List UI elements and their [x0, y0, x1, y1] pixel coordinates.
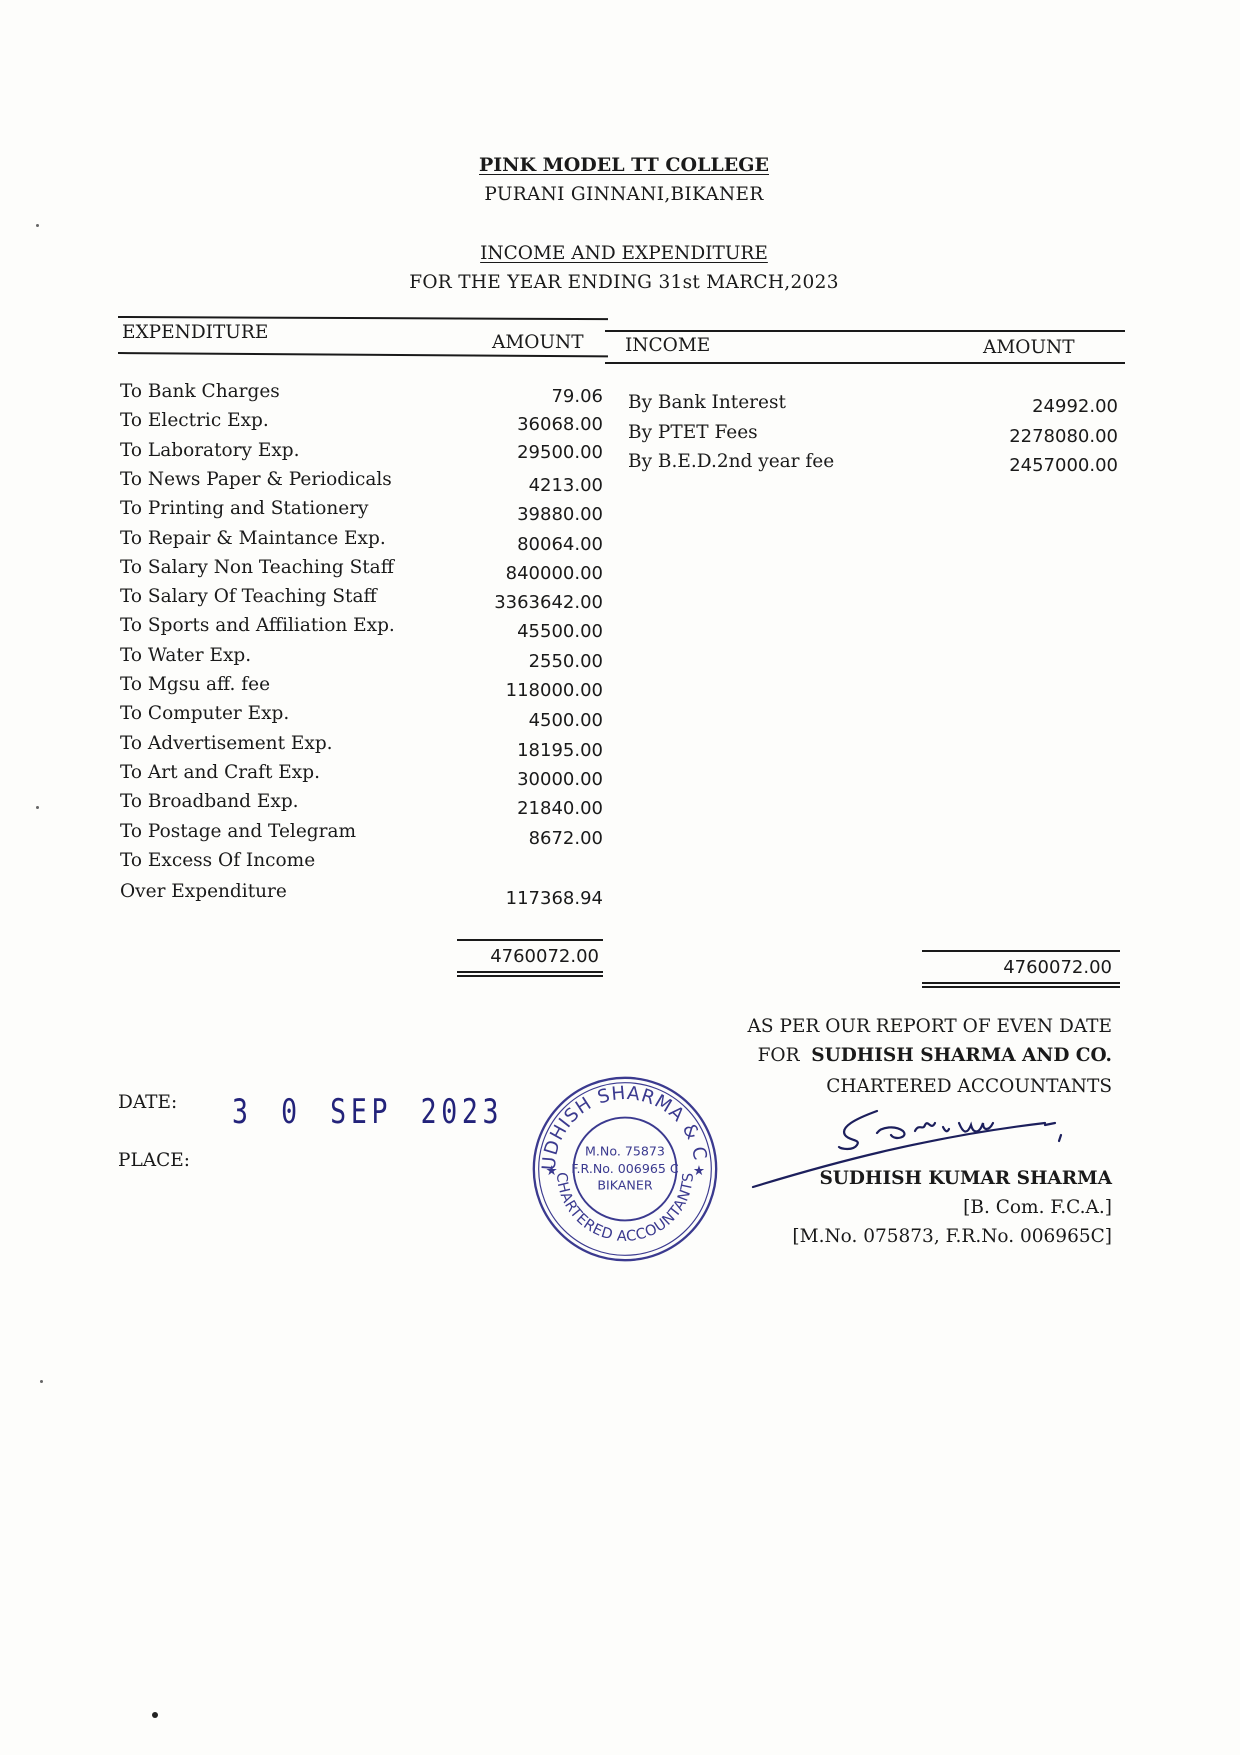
income-row-label: By B.E.D.2nd year fee	[628, 451, 834, 472]
signatory-qualification: [B. Com. F.C.A.]	[963, 1197, 1112, 1218]
expenditure-row-amount: 21840.00	[403, 798, 603, 819]
expenditure-row-label: To Sports and Affiliation Exp.	[120, 615, 395, 636]
income-row-amount: 2278080.00	[918, 426, 1118, 447]
expenditure-row-label: To News Paper & Periodicals	[120, 469, 392, 490]
svg-text:★: ★	[545, 1163, 557, 1179]
ca-seal-icon: SUDHISH SHARMA & CO. CHARTERED ACCOUNTAN…	[528, 1072, 722, 1266]
expenditure-row-amount: 39880.00	[403, 504, 603, 525]
statement-period: FOR THE YEAR ENDING 31st MARCH,2023	[0, 272, 1240, 293]
expenditure-row-amount: 45500.00	[403, 621, 603, 642]
col-header-expenditure: EXPENDITURE	[122, 322, 268, 343]
table-top-rule	[118, 316, 608, 320]
date-stamp: 3 0 SEP 2023	[232, 1092, 503, 1132]
expenditure-row-amount: 4213.00	[403, 475, 603, 496]
total-double-rule	[922, 982, 1120, 988]
report-line: AS PER OUR REPORT OF EVEN DATE	[748, 1016, 1112, 1037]
firm-type: CHARTERED ACCOUNTANTS	[826, 1076, 1112, 1097]
expenditure-row-label: To Mgsu aff. fee	[120, 674, 270, 695]
scan-speck	[40, 1380, 43, 1383]
expenditure-row-label: To Advertisement Exp.	[120, 733, 333, 754]
expenditure-row-label: To Excess Of Income	[120, 850, 315, 871]
scan-speck	[152, 1712, 158, 1718]
expenditure-row-label: To Salary Of Teaching Staff	[120, 586, 377, 607]
expenditure-row-label: To Electric Exp.	[120, 410, 269, 431]
expenditure-row-label: To Art and Craft Exp.	[120, 762, 320, 783]
col-header-exp-amount: AMOUNT	[492, 332, 584, 353]
svg-text:BIKANER: BIKANER	[597, 1177, 652, 1192]
col-header-income: INCOME	[625, 335, 710, 356]
total-double-rule	[457, 971, 603, 977]
expenditure-total: 4760072.00	[457, 941, 603, 971]
college-address: PURANI GINNANI,BIKANER	[0, 184, 1240, 205]
expenditure-row-label: To Repair & Maintance Exp.	[120, 528, 386, 549]
svg-text:M.No. 75873: M.No. 75873	[585, 1143, 665, 1158]
scan-speck	[36, 224, 39, 227]
date-label: DATE:	[118, 1092, 177, 1113]
firm-line: FOR SUDHISH SHARMA AND CO.	[758, 1045, 1112, 1066]
firm-name: SUDHISH SHARMA AND CO.	[811, 1045, 1112, 1066]
for-prefix: FOR	[758, 1045, 800, 1066]
income-row-label: By PTET Fees	[628, 422, 758, 443]
expenditure-row-label: To Broadband Exp.	[120, 791, 299, 812]
expenditure-row-label: To Printing and Stationery	[120, 498, 369, 519]
statement-title: INCOME AND EXPENDITURE	[0, 243, 1240, 264]
expenditure-row-amount: 3363642.00	[403, 592, 603, 613]
expenditure-row-amount: 18195.00	[403, 740, 603, 761]
signatory-registration: [M.No. 075873, F.R.No. 006965C]	[792, 1226, 1112, 1247]
expenditure-row-label: To Bank Charges	[120, 381, 280, 402]
expenditure-row-amount: 2550.00	[403, 651, 603, 672]
signatory-name: SUDHISH KUMAR SHARMA	[819, 1168, 1112, 1189]
place-label: PLACE:	[118, 1150, 190, 1171]
income-row-label: By Bank Interest	[628, 392, 786, 413]
expenditure-row-amount: 118000.00	[403, 680, 603, 701]
expenditure-row-amount: 117368.94	[403, 888, 603, 909]
expenditure-row-amount: 840000.00	[403, 563, 603, 584]
expenditure-row-label: To Salary Non Teaching Staff	[120, 557, 394, 578]
expenditure-row-amount: 4500.00	[403, 710, 603, 731]
table-header-bottom-rule-right	[605, 362, 1125, 364]
expenditure-row-amount: 8672.00	[403, 828, 603, 849]
expenditure-row-amount: 79.06	[403, 386, 603, 407]
expenditure-row-label: To Computer Exp.	[120, 703, 289, 724]
col-header-inc-amount: AMOUNT	[983, 337, 1075, 358]
expenditure-row-label: Over Expenditure	[120, 881, 287, 902]
expenditure-row-amount: 36068.00	[403, 414, 603, 435]
college-name: PINK MODEL TT COLLEGE	[0, 154, 1240, 176]
expenditure-row-amount: 29500.00	[403, 442, 603, 463]
expenditure-total-box: 4760072.00	[457, 939, 603, 977]
expenditure-row-label: To Laboratory Exp.	[120, 440, 300, 461]
expenditure-row-label: To Postage and Telegram	[120, 821, 356, 842]
svg-text:F.R.No. 006965 C: F.R.No. 006965 C	[571, 1161, 679, 1176]
table-top-rule-right	[605, 330, 1125, 332]
svg-text:★: ★	[693, 1163, 705, 1179]
income-row-amount: 24992.00	[918, 396, 1118, 417]
income-total: 4760072.00	[922, 952, 1120, 982]
expenditure-row-label: To Water Exp.	[120, 645, 251, 666]
scan-speck	[36, 806, 39, 809]
income-total-box: 4760072.00	[922, 950, 1120, 988]
expenditure-row-amount: 30000.00	[403, 769, 603, 790]
income-row-amount: 2457000.00	[918, 455, 1118, 476]
expenditure-row-amount: 80064.00	[403, 534, 603, 555]
